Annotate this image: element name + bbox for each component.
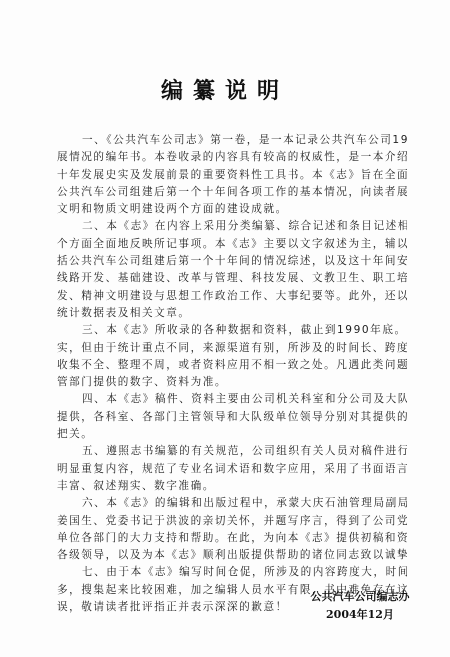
body-text: 一、《公共汽车公司志》第一卷，是一本记录公共汽车公司1981年至1990年间发展… — [57, 132, 407, 616]
body-line: 三、本《志》所收录的各种数据和资料，截止到1990年底。所收资料虽然反复核 — [57, 322, 407, 339]
body-line: 七、由于本《志》编写时间仓促，所涉及的内容跨度大，时间长，原始资料散失 — [57, 564, 407, 581]
body-line: 一、《公共汽车公司志》第一卷，是一本记录公共汽车公司1981年至1990年间发 — [57, 132, 407, 149]
page-title: 编纂说明 — [0, 78, 450, 104]
body-line: 文明和物质文明建设两个方面的建设成就。 — [57, 201, 407, 218]
body-line: 统计数据表及相关文章。 — [57, 305, 407, 322]
body-line: 管部门提供的数字、资料为准。 — [57, 374, 407, 391]
body-line: 线路开发、基础建设、改革与管理、科技发展、文教卫生、职工培训、多种经营与开 — [57, 270, 407, 287]
body-line: 实，但由于统计重点不同，来源渠道有别，所涉及的时间长、跨度大，因此，难免存在 — [57, 340, 407, 357]
body-line: 把关。 — [57, 426, 407, 443]
body-line: 收集不全、整理不周，或者资料应用不相一致之处。凡遇此类问题，均以计划统计或主 — [57, 357, 407, 374]
body-line: 个方面全面地反映所记事项。本《志》主要以文字叙述为主，辅以必要的图表。内容包 — [57, 236, 407, 253]
body-line: 公共汽车公司组建后第一个十年间各项工作的基本情况，向读者展示公共汽车公司精神 — [57, 184, 407, 201]
body-line: 丰富、叙述翔实、数字准确。 — [57, 478, 407, 495]
signature-block: 公共汽车公司编志办 2004年12月 — [290, 588, 430, 624]
body-line: 十年发展史实及发展前景的重要资料性工具书。本《志》旨在全面、系统、真实地记述 — [57, 167, 407, 184]
body-line: 二、本《志》在内容上采用分类编纂、综合记述和条目记述相结合，力求在纵横两 — [57, 218, 407, 235]
signature-date: 2004年12月 — [290, 606, 430, 624]
body-line: 五、遵照志书编纂的有关规范，公司组织有关人员对稿件进行了加工编辑，删除了 — [57, 443, 407, 460]
body-line: 明显重复内容，规范了专业名词术语和数字应用，采用了书面语言文字，力求做到资料 — [57, 461, 407, 478]
signature-org: 公共汽车公司编志办 — [290, 588, 430, 606]
body-line: 发、精神文明建设与思想工作政治工作、大事纪要等。此外，还以附录的方式收录各种 — [57, 288, 407, 305]
body-line: 提供，各科室、各部门主管领导和大队级单位领导分别对其提供的原始稿件进行了审阅 — [57, 409, 407, 426]
body-line: 括公共汽车公司组建后第一个十年间的情况综述，以及这十年间安全生产、优质服务、 — [57, 253, 407, 270]
body-line: 六、本《志》的编辑和出版过程中，承蒙大庆石油管理局副局长姜万春，公司经理 — [57, 495, 407, 512]
body-line: 姜国生、党委书记于洪波的亲切关怀，并题写序言，得到了公司党政班子全体成员及各 — [57, 513, 407, 530]
document-page: 编纂说明 一、《公共汽车公司志》第一卷，是一本记录公共汽车公司1981年至199… — [0, 0, 450, 657]
body-line: 四、本《志》稿件、资料主要由公司机关科室和分公司及大队级基层单位有关同志 — [57, 391, 407, 408]
body-line: 各级领导，以及为本《志》顺利出版提供帮助的诸位同志致以诚挚的谢意！ — [57, 547, 407, 564]
body-line: 展情况的编年书。本卷收录的内容具有较高的权威性，是一本介绍公共汽车公司第一个 — [57, 149, 407, 166]
body-line: 单位各部门的大力支持和帮助。在此，为向本《志》提供初稿和资料、参与审阅稿件的 — [57, 530, 407, 547]
